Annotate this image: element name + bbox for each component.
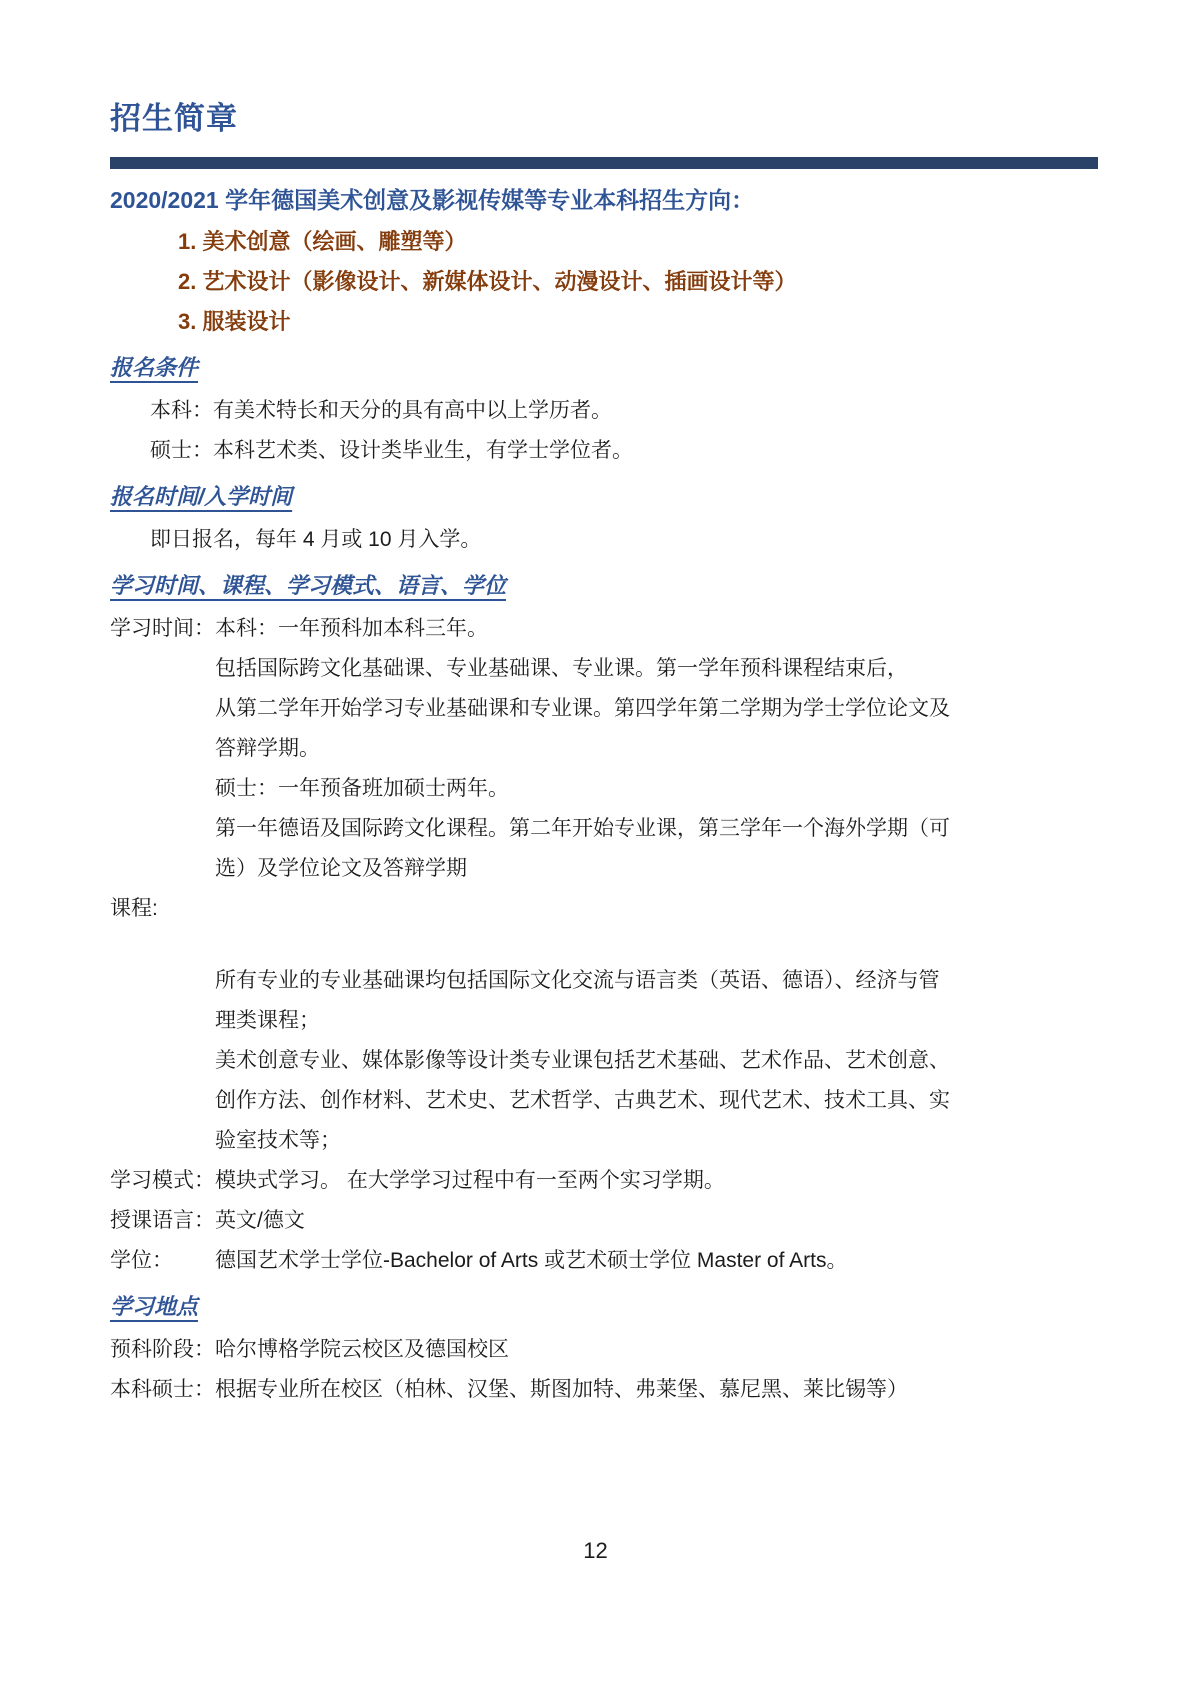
row-text: 理类课程； <box>215 1001 320 1041</box>
study-location-row-degree: 本科硕士： 根据专业所在校区（柏林、汉堡、斯图加特、弗莱堡、慕尼黑、莱比锡等） <box>110 1370 1101 1410</box>
section-heading-label: 学习地点 <box>110 1294 198 1319</box>
section-heading-label: 报名条件 <box>110 355 198 380</box>
study-location-row-foundation: 预科阶段： 哈尔博格学院云校区及德国校区 <box>110 1330 1101 1370</box>
section-heading-label: 学习时间、课程、学习模式、语言、学位 <box>110 573 506 598</box>
section-heading-label: 报名时间/入学时间 <box>110 484 292 509</box>
section-heading-study-info: 学习时间、课程、学习模式、语言、学位 <box>110 566 1101 609</box>
study-time-line: 硕士：一年预备班加硕士两年。 <box>110 769 1101 809</box>
row-text: 哈尔博格学院云校区及德国校区 <box>215 1330 509 1370</box>
enroll-time-text: 即日报名，每年 4 月或 10 月入学。 <box>110 520 1101 560</box>
study-time-line: 第一年德语及国际跨文化课程。第二年开始专业课，第三学年一个海外学期（可 <box>110 809 1101 849</box>
course-line: 美术创意专业、媒体影像等设计类专业课包括艺术基础、艺术作品、艺术创意、 <box>110 1041 1101 1081</box>
section-heading-enroll-conditions: 报名条件 <box>110 348 1101 391</box>
row-text: 本科艺术类、设计类毕业生，有学士学位者。 <box>213 431 633 471</box>
row-text: 创作方法、创作材料、艺术史、艺术哲学、古典艺术、现代艺术、技术工具、实 <box>215 1081 950 1121</box>
row-text: 德国艺术学士学位-Bachelor of Arts 或艺术硕士学位 Master… <box>215 1241 847 1281</box>
row-text: 即日报名，每年 4 月或 10 月入学。 <box>150 520 481 560</box>
study-time-line: 从第二学年开始学习专业基础课和专业课。第四学年第二学期为学士学位论文及 <box>110 689 1101 729</box>
row-label: 学位： <box>110 1241 215 1281</box>
degree-row: 学位： 德国艺术学士学位-Bachelor of Arts 或艺术硕士学位 Ma… <box>110 1241 1101 1281</box>
page-number: 12 <box>0 1538 1191 1564</box>
row-label: 课程: <box>110 889 158 929</box>
page-title: 招生简章 <box>110 98 1101 140</box>
row-text: 本科：一年预科加本科三年。 <box>215 609 488 649</box>
row-label: 学习时间： <box>110 609 215 649</box>
major-item-fashion-design: 3. 服装设计 <box>110 302 1101 342</box>
row-text: 美术创意专业、媒体影像等设计类专业课包括艺术基础、艺术作品、艺术创意、 <box>215 1041 950 1081</box>
row-label: 预科阶段： <box>110 1330 215 1370</box>
study-time-line: 选）及学位论文及答辩学期 <box>110 849 1101 889</box>
row-text: 第一年德语及国际跨文化课程。第二年开始专业课，第三学年一个海外学期（可 <box>215 809 950 849</box>
teaching-language-row: 授课语言： 英文/德文 <box>110 1201 1101 1241</box>
course-line: 创作方法、创作材料、艺术史、艺术哲学、古典艺术、现代艺术、技术工具、实 <box>110 1081 1101 1121</box>
course-line: 理类课程； <box>110 1001 1101 1041</box>
study-time-line: 答辩学期。 <box>110 729 1101 769</box>
row-text: 有美术特长和天分的具有高中以上学历者。 <box>213 391 612 431</box>
major-item-art-design: 2. 艺术设计（影像设计、新媒体设计、动漫设计、插画设计等） <box>110 262 1101 302</box>
row-label: 学习模式： <box>110 1161 215 1201</box>
study-time-row: 学习时间： 本科：一年预科加本科三年。 <box>110 609 1101 649</box>
course-line: 验室技术等； <box>110 1121 1101 1161</box>
row-label: 硕士： <box>150 431 213 471</box>
row-label: 本科硕士： <box>110 1370 215 1410</box>
study-time-line: 包括国际跨文化基础课、专业基础课、专业课。第一学年预科课程结束后， <box>110 649 1101 689</box>
enroll-condition-row-master: 硕士： 本科艺术类、设计类毕业生，有学士学位者。 <box>110 431 1101 471</box>
row-label: 本科： <box>150 391 213 431</box>
main-heading: 2020/2021 学年德国美术创意及影视传媒等专业本科招生方向： <box>110 183 1101 217</box>
row-text: 硕士：一年预备班加硕士两年。 <box>215 769 509 809</box>
row-text: 从第二学年开始学习专业基础课和专业课。第四学年第二学期为学士学位论文及 <box>215 689 950 729</box>
document-page: 招生简章 2020/2021 学年德国美术创意及影视传媒等专业本科招生方向： 1… <box>0 0 1191 1684</box>
blank-line <box>110 929 1101 961</box>
title-divider-bar <box>110 157 1098 169</box>
major-item-art-creation: 1. 美术创意（绘画、雕塑等） <box>110 222 1101 262</box>
section-heading-study-location: 学习地点 <box>110 1287 1101 1330</box>
study-mode-row: 学习模式： 模块式学习。 在大学学习过程中有一至两个实习学期。 <box>110 1161 1101 1201</box>
row-text: 所有专业的专业基础课均包括国际文化交流与语言类（英语、德语）、经济与管 <box>215 961 940 1001</box>
major-list: 1. 美术创意（绘画、雕塑等） 2. 艺术设计（影像设计、新媒体设计、动漫设计、… <box>110 222 1101 342</box>
row-text: 包括国际跨文化基础课、专业基础课、专业课。第一学年预科课程结束后， <box>215 649 908 689</box>
row-text: 根据专业所在校区（柏林、汉堡、斯图加特、弗莱堡、慕尼黑、莱比锡等） <box>215 1370 908 1410</box>
row-label: 授课语言： <box>110 1201 215 1241</box>
enroll-condition-row-bachelor: 本科： 有美术特长和天分的具有高中以上学历者。 <box>110 391 1101 431</box>
row-text: 选）及学位论文及答辩学期 <box>215 849 467 889</box>
course-label-row: 课程: <box>110 889 1101 929</box>
row-text: 模块式学习。 在大学学习过程中有一至两个实习学期。 <box>215 1161 725 1201</box>
course-line: 所有专业的专业基础课均包括国际文化交流与语言类（英语、德语）、经济与管 <box>110 961 1101 1001</box>
section-heading-enroll-time: 报名时间/入学时间 <box>110 477 1101 520</box>
row-text: 答辩学期。 <box>215 729 320 769</box>
row-text: 英文/德文 <box>215 1201 305 1241</box>
row-text: 验室技术等； <box>215 1121 341 1161</box>
